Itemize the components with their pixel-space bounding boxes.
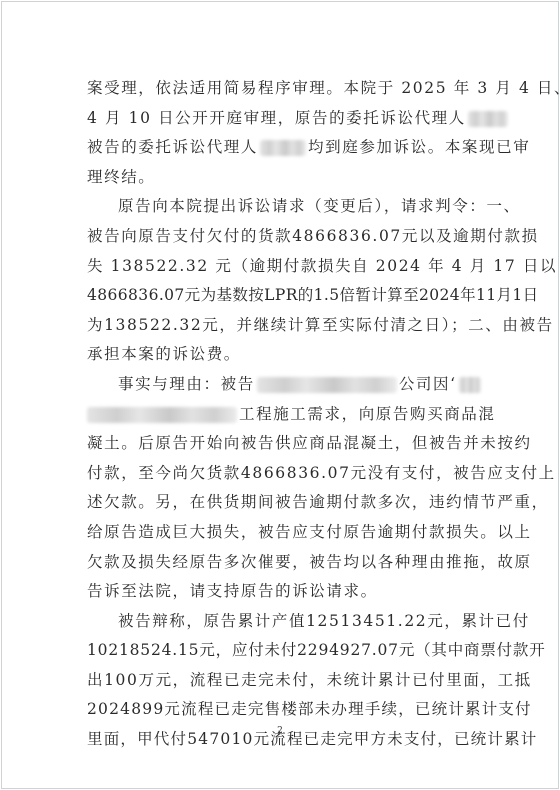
redacted-defendant-agent xyxy=(260,140,306,156)
redacted-defendant-company xyxy=(257,377,397,393)
redacted-project-name-cont xyxy=(87,407,237,423)
text-line: 10218524.15元，应付未付2294927.07元（其中商票付款开 xyxy=(87,636,479,666)
text-line: 理终结。 xyxy=(87,163,479,193)
redacted-project-name xyxy=(459,377,481,393)
text-line: 被告的委托诉讼代理人均到庭参加诉讼。本案现已审 xyxy=(87,133,479,163)
text-line: 2024899元流程已走完售楼部未办理手续，已统计累计支付 xyxy=(87,695,479,725)
text-line: 为138522.32元，并继续计算至实际付清之日）；二、由被告 xyxy=(87,311,479,341)
text-line: 付款，至今尚欠货款4866836.07元没有支付，被告应支付上 xyxy=(87,459,479,489)
text-line: 4 月 10 日公开开庭审理，原告的委托诉讼代理人 xyxy=(87,104,479,134)
text-line: 凝土。后原告开始向被告供应商品混凝土，但被告并未按约 xyxy=(87,429,479,459)
text-segment: 公司因‘ xyxy=(399,375,457,393)
text-line: 工程施工需求，向原告购买商品混 xyxy=(87,400,479,430)
text-line: 被告向原告支付欠付的货款4866836.07元以及逾期付款损 xyxy=(87,222,479,252)
document-body: 案受理，依法适用简易程序审理。本院于 2025 年 3 月 4 日、 4 月 1… xyxy=(87,74,479,755)
text-line: 给原告造成巨大损失，被告应支付原告逾期付款损失。以上 xyxy=(87,518,479,548)
text-line: 原告向本院提出诉讼请求（变更后），请求判令：一、 xyxy=(87,192,479,222)
text-line: 出100万元，流程已走完未付，未统计累计已付里面，工抵 xyxy=(87,666,479,696)
text-line: 被告辩称，原告累计产值12513451.22元，累计已付 xyxy=(87,607,479,637)
text-segment: 4 月 10 日公开开庭审理，原告的委托诉讼代理人 xyxy=(87,109,466,127)
text-segment: 被告的委托诉讼代理人 xyxy=(87,138,258,156)
text-segment: 均到庭参加诉讼。本案现已审 xyxy=(308,138,530,156)
text-line: 述欠款。另，在供货期间被告逾期付款多次，违约情节严重， xyxy=(87,488,479,518)
document-page: 案受理，依法适用简易程序审理。本院于 2025 年 3 月 4 日、 4 月 1… xyxy=(1,1,559,789)
text-line: 失 138522.32 元（逾期付款损失自 2024 年 4 月 17 日以 xyxy=(87,252,479,282)
paragraph-hearing: 案受理，依法适用简易程序审理。本院于 2025 年 3 月 4 日、 4 月 1… xyxy=(87,74,479,192)
text-segment: 事实与理由：被告 xyxy=(118,375,255,393)
paragraph-facts: 事实与理由：被告公司因‘ 工程施工需求，向原告购买商品混 凝土。后原告开始向被告… xyxy=(87,370,479,607)
paragraph-claims: 原告向本院提出诉讼请求（变更后），请求判令：一、 被告向原告支付欠付的货款486… xyxy=(87,192,479,370)
text-line: 4866836.07元为基数按LPR的1.5倍暂计算至2024年11月1日 xyxy=(87,281,479,311)
text-line: 案受理，依法适用简易程序审理。本院于 2025 年 3 月 4 日、 xyxy=(87,74,479,104)
text-segment: 工程施工需求，向原告购买商品混 xyxy=(239,405,496,423)
text-line: 告诉至法院，请支持原告的诉讼请求。 xyxy=(87,577,479,607)
page-number: 2 xyxy=(2,726,558,736)
text-line: 欠款及损失经原告多次催要，被告均以各种理由推拖，故原 xyxy=(87,548,479,578)
text-line: 事实与理由：被告公司因‘ xyxy=(87,370,479,400)
redacted-plaintiff-agent xyxy=(468,111,508,127)
text-line: 承担本案的诉讼费。 xyxy=(87,340,479,370)
